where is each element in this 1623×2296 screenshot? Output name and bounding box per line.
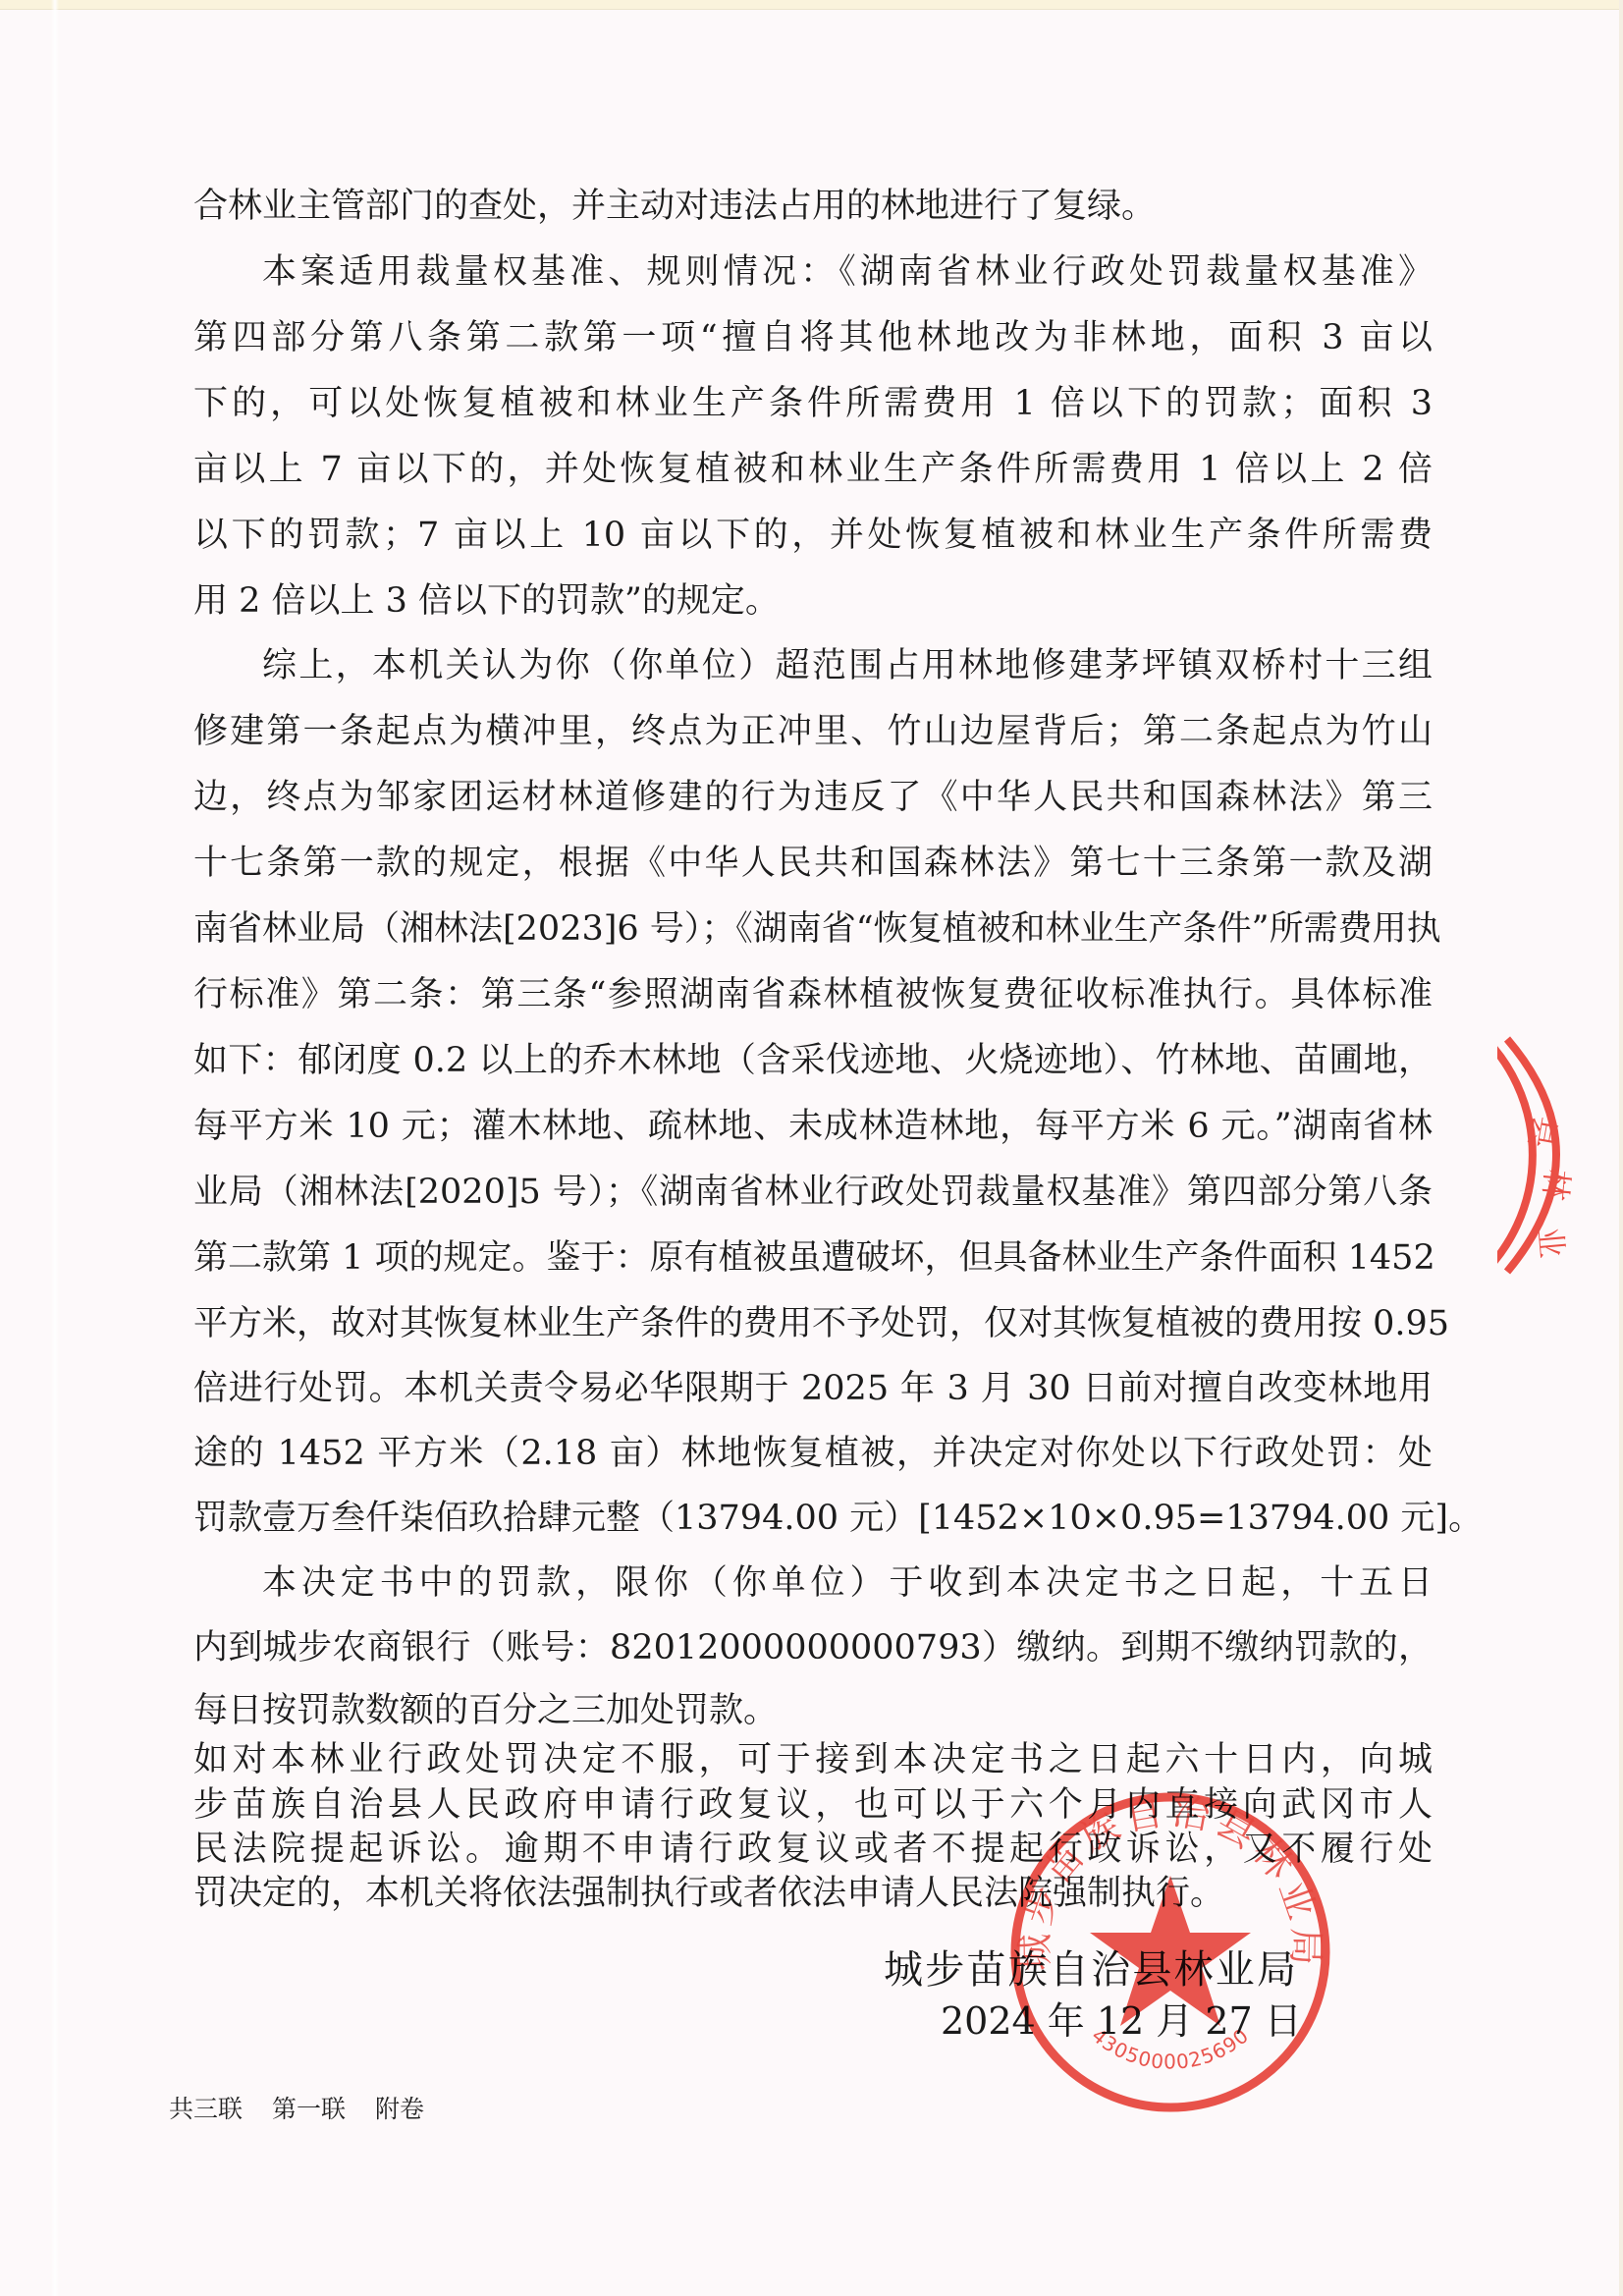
p5-line-1: 如对本林业行政处罚决定不服，可于接到本决定书之日起六十日内，向城 — [193, 1738, 1433, 1781]
p2-line-2: 第四部分第八条第二款第一项“擅自将其他林地改为非林地，面积 3 亩以 — [193, 316, 1433, 359]
p3-line-7: 如下：郁闭度 0.2 以上的乔木林地（含采伐迹地、火烧迹地）、竹林地、苗圃地， — [193, 1039, 1433, 1082]
p3-line-10: 第二款第 1 项的规定。鉴于：原有植被虽遭破坏，但具备林业生产条件面积 1452 — [193, 1236, 1433, 1280]
p5-line-4: 罚决定的，本机关将依法强制执行或者依法申请人民法院强制执行。 — [193, 1872, 1433, 1915]
p3-line-3: 边，终点为邹家团运材林道修建的行为违反了《中华人民共和国森林法》第三 — [193, 776, 1433, 819]
partial-seal-icon: 县 林 业 — [1497, 1021, 1623, 1286]
p2-line-5: 以下的罚款；7 亩以上 10 亩以下的，并处恢复植被和林业生产条件所需费 — [193, 514, 1433, 557]
p5-line-3: 民法院提起诉讼。逾期不申请行政复议或者不提起行政诉讼，又不履行处 — [193, 1828, 1433, 1871]
p3-line-5: 南省林业局（湘林法[2023]6 号）；《湖南省“恢复植被和林业生产条件”所需费… — [193, 907, 1433, 951]
p3-line-2: 修建第一条起点为横冲里，终点为正冲里、竹山边屋背后；第二条起点为竹山 — [193, 710, 1433, 753]
svg-text:县: 县 — [1522, 1114, 1564, 1151]
penalty-decision-page: 合林业主管部门的查处，并主动对违法占用的林地进行了复绿。 本案适用裁量权基准、规… — [0, 0, 1623, 2296]
p4-line-3: 每日按罚款数额的百分之三加处罚款。 — [193, 1689, 1433, 1732]
p4-line-2: 内到城步农商银行（账号：82012000000000793）缴纳。到期不缴纳罚款… — [193, 1626, 1433, 1669]
svg-text:业: 业 — [1531, 1225, 1571, 1259]
p3-line-1: 综上，本机关认为你（你单位）超范围占用林地修建茅坪镇双桥村十三组 — [262, 644, 1433, 687]
issuing-authority: 城步苗族自治县林业局 — [884, 1946, 1296, 1994]
copies-total: 共三联 — [169, 2095, 243, 2123]
p2-line-6: 用 2 倍以上 3 倍以下的罚款”的规定。 — [193, 579, 1433, 623]
p3-line-6: 行标准》第二条：第三条“参照湖南省森林植被恢复费征收标准执行。具体标准 — [193, 973, 1433, 1016]
p2-line-4: 亩以上 7 亩以下的，并处恢复植被和林业生产条件所需费用 1 倍以上 2 倍 — [193, 448, 1433, 491]
svg-text:林: 林 — [1536, 1168, 1576, 1202]
p3-line-13: 途的 1452 平方米（2.18 亩）林地恢复植被，并决定对你处以下行政处罚：处 — [193, 1432, 1433, 1475]
p3-line-11: 平方米，故对其恢复林业生产条件的费用不予处罚，仅对其恢复植被的费用按 0.95 — [193, 1302, 1433, 1345]
copy-footer: 共三联 第一联 附卷 — [169, 2095, 446, 2124]
p3-line-9: 业局（湘林法[2020]5 号）；《湖南省林业行政处罚裁量权基准》第四部分第八条 — [193, 1171, 1433, 1214]
p4-line-1: 本决定书中的罚款，限你（你单位）于收到本决定书之日起，十五日 — [262, 1561, 1433, 1605]
p3-line-4: 十七条第一款的规定，根据《中华人民共和国森林法》第七十三条第一款及湖 — [193, 842, 1433, 885]
p3-line-12: 倍进行处罚。本机关责令易必华限期于 2025 年 3 月 30 日前对擅自改变林… — [193, 1367, 1433, 1410]
p3-line-8: 每平方米 10 元；灌木林地、疏林地、未成林造林地，每平方米 6 元。”湖南省林 — [193, 1105, 1433, 1148]
p2-line-1: 本案适用裁量权基准、规则情况：《湖南省林业行政处罚裁量权基准》 — [262, 250, 1433, 294]
copy-type: 附卷 — [375, 2095, 424, 2123]
issue-date: 2024 年 12 月 27 日 — [941, 1999, 1265, 2043]
p1-line-1: 合林业主管部门的查处，并主动对违法占用的林地进行了复绿。 — [193, 185, 1433, 228]
p3-line-14: 罚款壹万叁仟柒佰玖拾肆元整（13794.00 元）[1452×10×0.95=1… — [193, 1497, 1433, 1540]
p5-line-2: 步苗族自治县人民政府申请行政复议，也可以于六个月内直接向武冈市人 — [193, 1783, 1433, 1827]
copy-number: 第一联 — [272, 2095, 346, 2123]
p2-line-3: 下的，可以处恢复植被和林业生产条件所需费用 1 倍以下的罚款；面积 3 — [193, 382, 1433, 425]
